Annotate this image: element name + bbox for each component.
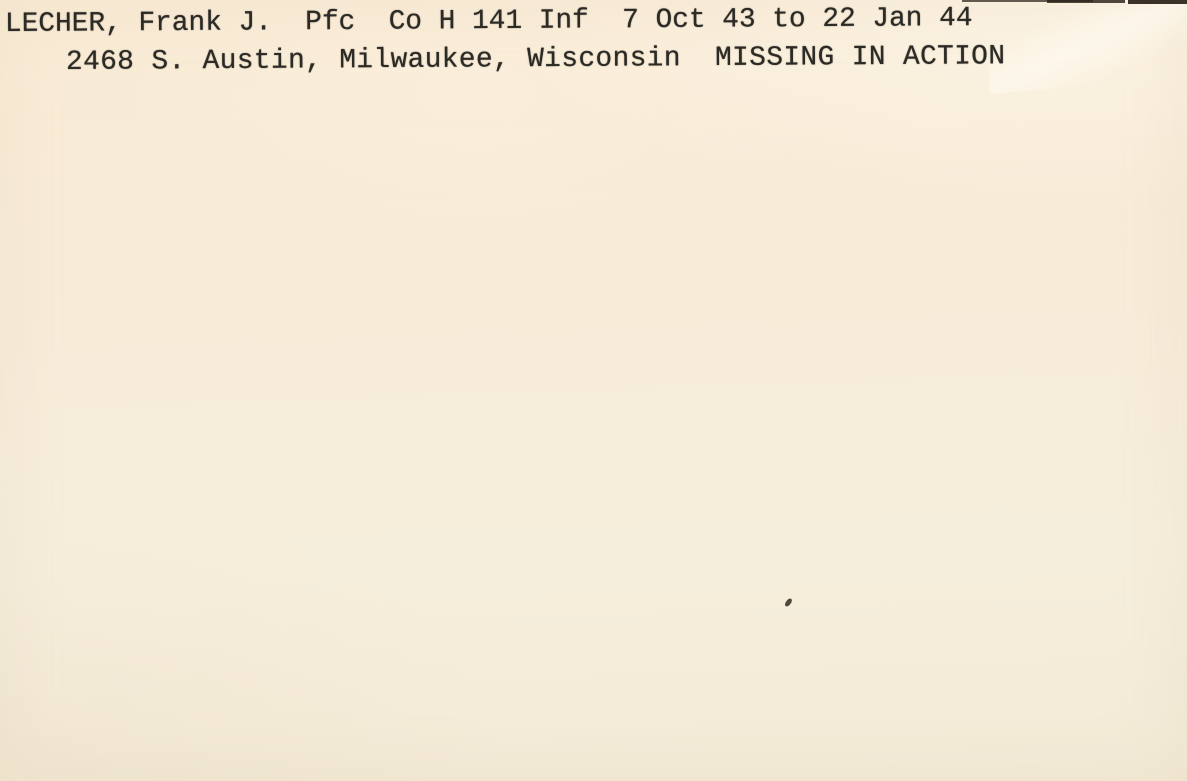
scan-edge-artifact bbox=[1128, 0, 1187, 4]
scanned-index-card: LECHER, Frank J. Pfc Co H 141 Inf 7 Oct … bbox=[0, 0, 1187, 781]
ink-speck bbox=[784, 597, 793, 607]
paper-sheen bbox=[981, 0, 1187, 94]
card-line-address-status: 2468 S. Austin, Milwaukee, Wisconsin MIS… bbox=[66, 43, 1006, 77]
scan-edge-artifact bbox=[1047, 0, 1125, 3]
card-line-name-unit-dates: LECHER, Frank J. Pfc Co H 141 Inf 7 Oct … bbox=[5, 5, 973, 39]
